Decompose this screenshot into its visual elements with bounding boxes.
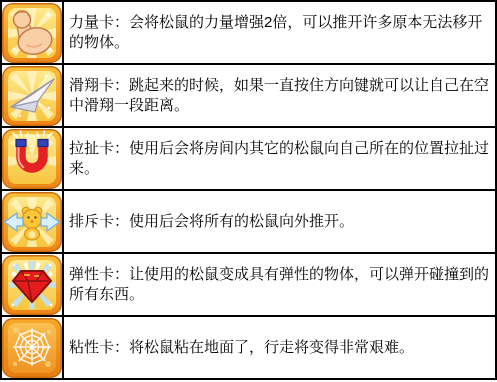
card-desc: 跳起来的时候，如果一直按住方向键就可以让自己在空中滑翔一段距离。 bbox=[69, 77, 489, 114]
repel-arrows-icon bbox=[2, 192, 62, 252]
card-description-cell: 排斥卡：使用后会将所有的松鼠向外推开。 bbox=[63, 190, 496, 253]
card-row: 拉扯卡：使用后会将房间内其它的松鼠向自己所在的位置拉扯过来。 bbox=[1, 127, 496, 190]
card-desc: 使用后会将所有的松鼠向外推开。 bbox=[129, 213, 354, 230]
card-icon-cell bbox=[1, 127, 63, 190]
card-description-table: 力量卡：会将松鼠的力量增强2倍，可以推开许多原本无法移开的物体。 bbox=[0, 0, 497, 380]
card-icon-cell bbox=[1, 316, 63, 379]
card-icon-cell bbox=[1, 190, 63, 253]
card-row: 滑翔卡：跳起来的时候，如果一直按住方向键就可以让自己在空中滑翔一段距离。 bbox=[1, 64, 496, 127]
card-desc: 使用后会将房间内其它的松鼠向自己所在的位置拉扯过来。 bbox=[69, 140, 489, 177]
card-description-cell: 拉扯卡：使用后会将房间内其它的松鼠向自己所在的位置拉扯过来。 bbox=[63, 127, 496, 190]
card-desc: 将松鼠粘在地面了，行走将变得非常艰难。 bbox=[129, 339, 414, 356]
card-icon-cell bbox=[1, 1, 63, 64]
card-name: 滑翔卡： bbox=[69, 77, 129, 94]
paper-plane-icon bbox=[2, 66, 62, 126]
card-row: 粘性卡：将松鼠粘在地面了，行走将变得非常艰难。 bbox=[1, 316, 496, 379]
strength-arm-icon bbox=[2, 3, 62, 63]
card-desc: 让使用的松鼠变成具有弹性的物体，可以弹开碰撞到的所有东西。 bbox=[69, 266, 489, 303]
card-name: 排斥卡： bbox=[69, 213, 129, 230]
spider-web-icon bbox=[2, 318, 62, 378]
elastic-gem-icon bbox=[2, 255, 62, 315]
card-icon-cell bbox=[1, 253, 63, 316]
card-description-cell: 力量卡：会将松鼠的力量增强2倍，可以推开许多原本无法移开的物体。 bbox=[63, 1, 496, 64]
card-description-cell: 弹性卡：让使用的松鼠变成具有弹性的物体，可以弹开碰撞到的所有东西。 bbox=[63, 253, 496, 316]
magnet-icon bbox=[2, 129, 62, 189]
card-row: 弹性卡：让使用的松鼠变成具有弹性的物体，可以弹开碰撞到的所有东西。 bbox=[1, 253, 496, 316]
card-description-cell: 滑翔卡：跳起来的时候，如果一直按住方向键就可以让自己在空中滑翔一段距离。 bbox=[63, 64, 496, 127]
card-name: 弹性卡： bbox=[69, 266, 129, 283]
card-icon-cell bbox=[1, 64, 63, 127]
card-name: 粘性卡： bbox=[69, 339, 129, 356]
card-name: 力量卡： bbox=[69, 14, 129, 31]
card-name: 拉扯卡： bbox=[69, 140, 129, 157]
card-row: 排斥卡：使用后会将所有的松鼠向外推开。 bbox=[1, 190, 496, 253]
card-desc: 会将松鼠的力量增强2倍，可以推开许多原本无法移开的物体。 bbox=[69, 14, 482, 51]
card-row: 力量卡：会将松鼠的力量增强2倍，可以推开许多原本无法移开的物体。 bbox=[1, 1, 496, 64]
card-description-cell: 粘性卡：将松鼠粘在地面了，行走将变得非常艰难。 bbox=[63, 316, 496, 379]
